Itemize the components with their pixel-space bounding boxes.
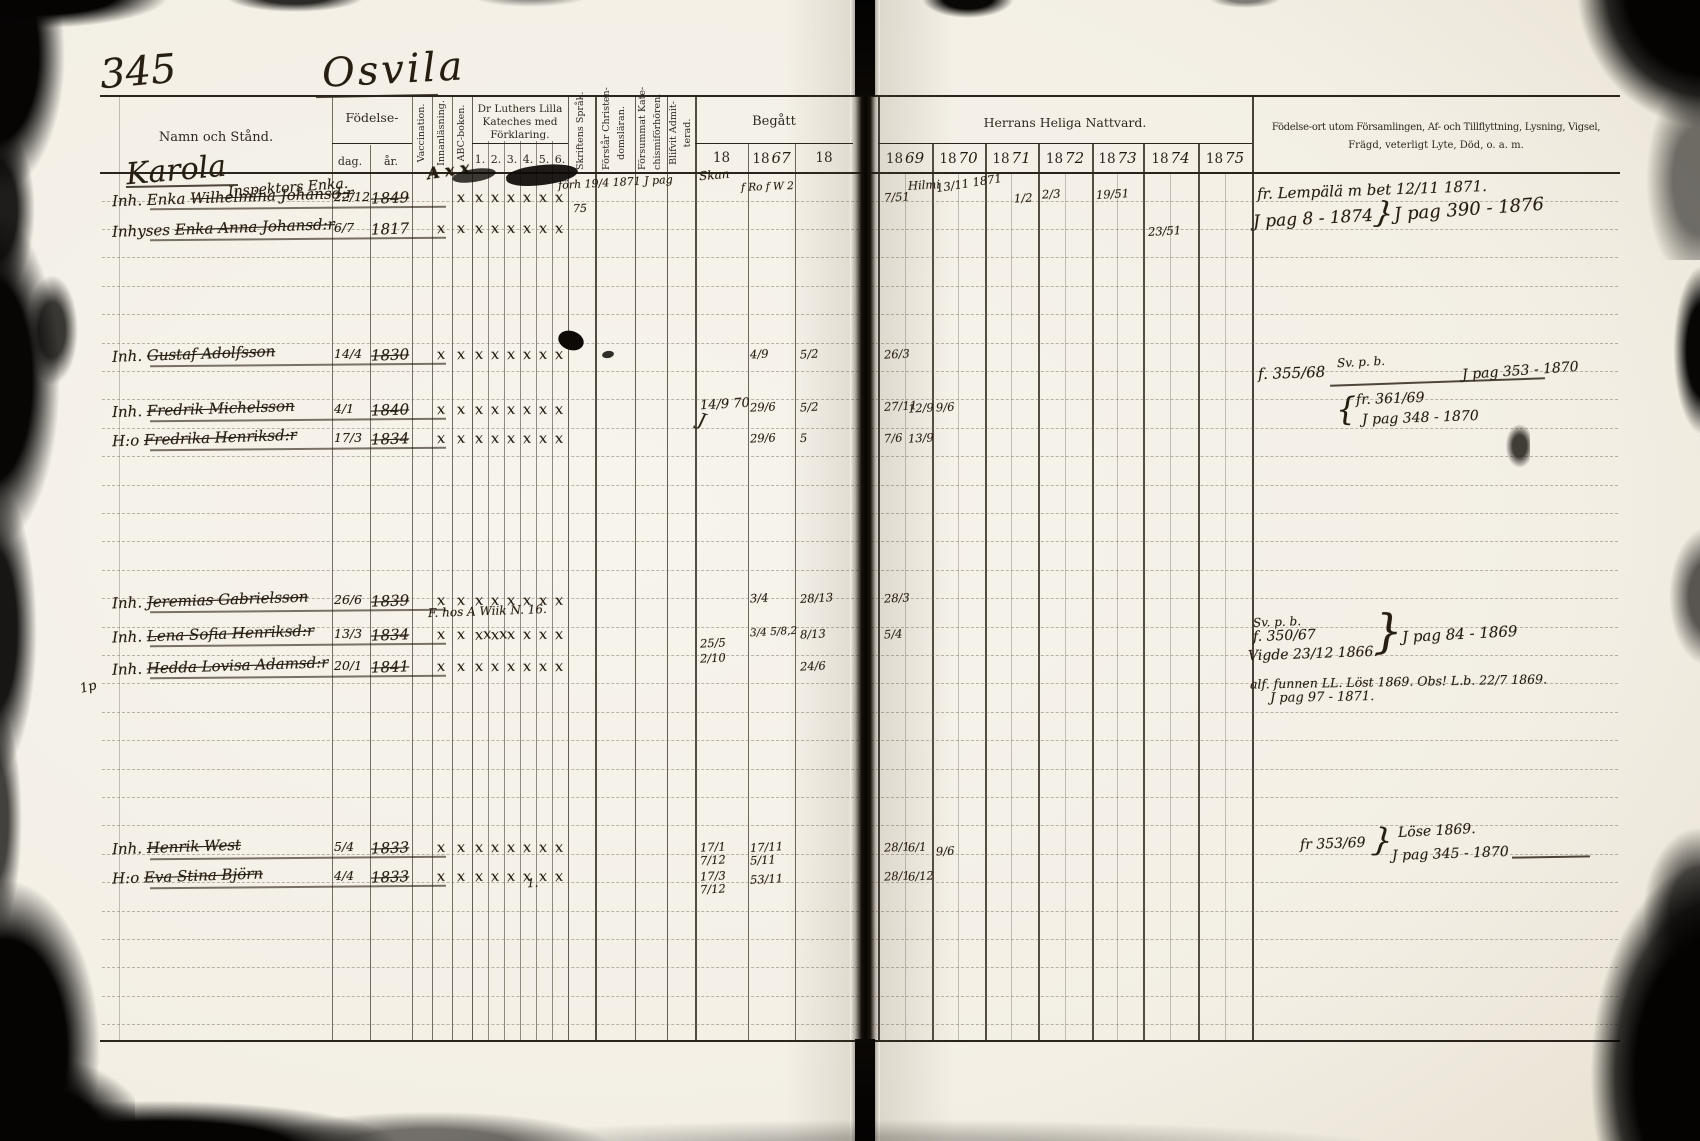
birth-day: 4/1	[334, 403, 354, 416]
record-row-name: Inh. Henrik West	[112, 838, 241, 857]
check-mark: x	[554, 222, 564, 237]
row-underline	[150, 856, 446, 860]
margin-note: f. 355/68	[1258, 365, 1326, 382]
check-mark: x	[554, 660, 564, 675]
nattvard-year-cell: 1875	[1198, 146, 1252, 170]
col-header-namn-och-stand: Namn och Stånd.	[100, 130, 332, 145]
check-mark: x	[490, 432, 500, 447]
handwritten-annotation: förh 19/4 1871 J pag	[558, 174, 673, 191]
handwritten-annotation: F. hos A Wiik N. 16.	[428, 603, 547, 619]
birth-day: 20/1	[334, 660, 362, 673]
birth-day: 6/7	[334, 222, 354, 235]
col-header-dag: dag.	[330, 155, 370, 168]
check-mark: x	[522, 222, 532, 237]
year-suffix-handwritten: 73	[1118, 149, 1137, 167]
row-prefix: Inh.	[112, 627, 147, 646]
communion-date-mark: 23/51	[1148, 225, 1182, 238]
communion-date-mark: 2/10	[700, 652, 726, 665]
check-mark: x	[490, 870, 500, 885]
check-mark: x	[506, 432, 516, 447]
birth-day: 5/4	[334, 841, 354, 854]
kateches-number: 4.	[520, 153, 536, 166]
row-underline	[150, 418, 446, 422]
check-mark: x	[538, 191, 548, 206]
birth-day: 4/4	[334, 870, 354, 883]
margin-note: }	[1370, 823, 1394, 857]
column-line	[472, 95, 473, 1040]
column-line	[1143, 143, 1145, 1040]
margin-note: J pag 345 - 1870	[1392, 845, 1509, 863]
check-mark: x	[474, 403, 484, 418]
birth-year: 1817	[371, 221, 410, 237]
record-row-name: Inh. Hedda Lovisa Adamsd:r	[112, 655, 329, 678]
column-line	[520, 141, 521, 1040]
column-line	[595, 95, 597, 1040]
birth-year: 1833	[371, 869, 410, 885]
kateches-number: 3.	[504, 153, 520, 166]
page-title: Osvila	[321, 46, 466, 93]
check-mark: x	[456, 432, 466, 447]
margin-note: J pag 97 - 1871.	[1270, 690, 1375, 705]
check-mark: x	[436, 403, 446, 418]
row-prefix: H:o	[112, 431, 145, 450]
column-line	[1198, 143, 1200, 1040]
check-mark: x	[538, 222, 548, 237]
check-mark: x	[436, 660, 446, 675]
birth-day: 26/6	[334, 594, 362, 607]
birth-year: 1839	[371, 593, 410, 609]
row-prefix: Inh.	[112, 593, 147, 612]
column-line	[635, 95, 636, 1040]
row-prefix: Inh.	[112, 660, 147, 679]
birth-day: 22/12	[334, 191, 370, 204]
birth-year: 1849	[371, 190, 410, 206]
check-mark: x	[436, 628, 446, 643]
check-mark: x	[554, 432, 564, 447]
col-header-kateches: Dr Luthers Lilla Kateches med Förklaring…	[472, 103, 568, 142]
check-mark: x	[538, 348, 548, 363]
year-suffix-handwritten: 71	[1012, 149, 1031, 167]
check-mark: x	[456, 660, 466, 675]
ink-blot	[601, 350, 614, 359]
col-header-vaccination: Vaccination.	[416, 96, 428, 170]
col-header-innanlasning: Innanläsning.	[436, 96, 448, 170]
row-person-name: Lena Sofia Henriksd:r	[147, 621, 315, 645]
check-mark: x	[522, 628, 532, 643]
birth-year: 1833	[371, 840, 410, 856]
check-mark: x	[522, 191, 532, 206]
check-mark: x	[538, 841, 548, 856]
margin-note: J pag 8 - 1874	[1253, 208, 1374, 231]
year-suffix-handwritten: 72	[1065, 149, 1084, 167]
year-prefix-printed: 18	[1098, 151, 1115, 167]
check-mark: x	[554, 403, 564, 418]
communion-date-mark: 4/9	[750, 349, 769, 361]
communion-date-mark: 29/6	[750, 432, 776, 445]
check-mark: x	[538, 870, 548, 885]
check-mark: x	[456, 628, 466, 643]
communion-date-mark: 7/12	[700, 854, 726, 867]
check-mark: x	[474, 348, 484, 363]
col-header-blifvit-line1: Blifvit Admit-	[668, 96, 680, 170]
nattvard-year-cell: 1874	[1143, 146, 1198, 170]
check-mark: x	[506, 628, 516, 643]
margin-note: alf. funnen LL. Löst 1869. Obs! L.b. 22/…	[1250, 673, 1547, 691]
record-row-name: Inh. Gustaf Adolfsson	[112, 344, 276, 365]
col-header-blifvit-line2: terad.	[682, 96, 694, 170]
check-mark: x	[522, 348, 532, 363]
kateches-number: 2.	[488, 153, 504, 166]
column-line	[667, 95, 668, 1040]
margin-note: J pag 353 - 1870	[1462, 360, 1579, 382]
check-mark: x	[490, 348, 500, 363]
record-row-name: Inh. Fredrik Michelsson	[112, 399, 295, 420]
check-mark: x	[436, 841, 446, 856]
check-mark: x	[538, 628, 548, 643]
check-mark: x	[474, 841, 484, 856]
margin-note: fr. 361/69	[1356, 391, 1425, 407]
check-mark: x	[522, 841, 532, 856]
year-suffix-handwritten: 75	[1225, 149, 1244, 167]
year-prefix-printed: 18	[1151, 151, 1168, 167]
check-mark: x	[456, 403, 466, 418]
margin-note: {	[1335, 393, 1356, 426]
gutter-shadow-left	[786, 0, 850, 1141]
row-person-name: Jeremias Gabrielsson	[147, 588, 309, 612]
check-mark: x	[506, 222, 516, 237]
row-person-name: Gustaf Adolfsson	[146, 342, 275, 364]
check-mark: x	[506, 870, 516, 885]
check-mark: x	[474, 191, 484, 206]
col-header-skriftens-sprak: Skriftens Språk.	[575, 96, 587, 170]
row-prefix: Inh.	[112, 402, 147, 421]
record-row-name: H:o Eva Stina Björn	[112, 866, 264, 886]
column-line	[488, 141, 489, 1040]
birth-day: 13/3	[334, 628, 362, 641]
handwritten-annotation: 1.	[527, 877, 539, 889]
communion-date-mark: 25/5	[700, 637, 726, 650]
year-prefix-printed: 18	[1046, 151, 1063, 167]
check-mark: x	[456, 841, 466, 856]
check-mark: x	[456, 870, 466, 885]
check-mark: x	[538, 432, 548, 447]
communion-date-mark: 5/11	[750, 854, 776, 867]
year-prefix-printed: 18	[1206, 151, 1223, 167]
year-prefix-printed: 18	[992, 151, 1009, 167]
check-mark: x	[506, 403, 516, 418]
check-mark: x	[554, 348, 564, 363]
check-mark: x	[538, 403, 548, 418]
scanned-book-page: 345 Osvila Namn och Stånd. Födelse- dag.…	[0, 0, 1700, 1141]
handwritten-annotation: 75	[573, 203, 587, 214]
col-header-forstar-line1: Förstår Christen-	[601, 96, 613, 170]
birth-year: 1834	[371, 627, 410, 643]
book-spine	[850, 0, 880, 1141]
header-divider-line	[472, 143, 568, 144]
row-person-name: Hedda Lovisa Adamsd:r	[147, 653, 329, 677]
col-header-forstar-line2: domsläran.	[616, 96, 628, 170]
check-mark: x	[456, 222, 466, 237]
check-mark: x	[522, 403, 532, 418]
column-line	[1038, 143, 1040, 1040]
handwritten-annotation: Skan	[699, 168, 730, 183]
check-mark: x	[506, 660, 516, 675]
check-mark: x	[522, 432, 532, 447]
margin-note: Vigde 23/12 1866.	[1248, 645, 1378, 664]
record-row-name: H:o Fredrika Henriksd:r	[112, 428, 297, 449]
communion-date-mark: 2/3	[1042, 189, 1061, 201]
birth-day: 17/3	[334, 432, 362, 445]
margin-note: Löse 1869.	[1398, 822, 1476, 840]
row-person-name: Eva Stina Björn	[144, 864, 264, 886]
record-row-name: Inhyses Enka Anna Johansd:r	[112, 217, 335, 240]
margin-note: Sv. p. b.	[1337, 355, 1386, 369]
check-mark: x	[554, 841, 564, 856]
row-person-name: Fredrik Michelsson	[146, 397, 294, 420]
column-line	[695, 95, 697, 1040]
communion-date-mark: 29/6	[750, 401, 776, 414]
birth-day: 14/4	[334, 348, 362, 361]
column-line	[504, 141, 505, 1040]
margin-note: }	[1372, 198, 1395, 230]
check-mark: x	[506, 191, 516, 206]
communion-date-mark: 1/2	[1014, 193, 1033, 205]
check-mark: x	[436, 432, 446, 447]
birth-year: 1840	[371, 402, 410, 418]
communion-date-mark: 19/51	[1096, 188, 1130, 201]
check-mark: x	[490, 841, 500, 856]
handwritten-annotation: 1p	[79, 679, 98, 696]
kateches-number: 1.	[472, 153, 488, 166]
check-mark: x	[490, 222, 500, 237]
check-mark: x	[490, 191, 500, 206]
stain-right	[1504, 424, 1530, 468]
margin-note-line	[1512, 855, 1590, 858]
torn-edge-right-upper	[1666, 255, 1700, 445]
page-number: 345	[98, 49, 178, 96]
column-line	[1252, 95, 1254, 1040]
record-row-name: Inh. Jeremias Gabrielsson	[112, 590, 309, 612]
row-prefix: Inh.	[112, 839, 147, 858]
check-mark: x	[474, 870, 484, 885]
margin-note: J pag 84 - 1869	[1402, 624, 1518, 645]
check-mark: x	[522, 660, 532, 675]
check-mark: x	[506, 348, 516, 363]
check-mark: x	[554, 191, 564, 206]
birth-year: 1830	[371, 347, 410, 363]
column-line	[552, 141, 553, 1040]
col-header-notes-line1: Födelse-ort utom Församlingen, Af- och T…	[1256, 122, 1616, 133]
check-mark: x	[554, 628, 564, 643]
margin-note: J pag 348 - 1870	[1362, 409, 1479, 427]
year-prefix-printed: 18	[752, 151, 769, 167]
col-header-forsummat-line2: chismiförhören.	[652, 96, 664, 170]
column-line	[452, 95, 453, 1040]
birth-year: 1841	[371, 659, 410, 675]
row-prefix: H:o	[112, 869, 145, 888]
check-mark: x	[474, 432, 484, 447]
margin-note: f. 350/67	[1253, 628, 1316, 644]
row-prefix: Inh.	[112, 347, 147, 366]
check-mark: x	[436, 348, 446, 363]
column-line	[536, 141, 537, 1040]
check-mark: x	[456, 191, 466, 206]
communion-date-mark: 7/12	[700, 883, 726, 896]
col-header-notes-line2: Frägd, veterligt Lyte, Död, o. a. m.	[1256, 140, 1616, 151]
year-suffix-handwritten: 74	[1171, 149, 1190, 167]
column-line	[985, 143, 987, 1040]
year-prefix-printed: 18	[713, 150, 730, 166]
row-prefix: Inhyses	[112, 221, 175, 241]
check-mark: x	[490, 660, 500, 675]
gutter-shadow-right	[880, 0, 954, 1141]
header-divider-line	[332, 143, 412, 144]
row-person-name: Enka Anna Johansd:r	[174, 215, 335, 239]
margin-note: }	[1372, 608, 1403, 655]
col-header-forsummat-line1: Försummat Kate-	[637, 96, 649, 170]
torn-edge-bottom-right	[1535, 815, 1700, 1141]
margin-note: fr. Lempälä m bet 12/11 1871.	[1257, 179, 1487, 202]
birth-year: 1834	[371, 431, 410, 447]
torn-edge-right-mid	[1640, 520, 1700, 690]
check-mark: x	[554, 870, 564, 885]
check-mark: x	[474, 222, 484, 237]
check-mark: x	[490, 403, 500, 418]
column-line	[568, 95, 569, 1040]
row-underline	[150, 363, 446, 367]
nattvard-year-cell: 1873	[1092, 146, 1143, 170]
communion-date-mark: 53/11	[750, 873, 784, 886]
check-mark: x	[456, 348, 466, 363]
check-mark: x	[474, 660, 484, 675]
communion-date-mark: 14/9 70	[700, 397, 750, 413]
row-person-name: Fredrika Henriksd:r	[144, 426, 298, 449]
col-header-ar: år.	[370, 155, 412, 168]
nattvard-year-cell: 1871	[985, 146, 1038, 170]
check-mark: x	[436, 870, 446, 885]
row-person-name: Henrik West	[146, 836, 241, 857]
nattvard-year-cell: 1872	[1038, 146, 1092, 170]
record-row-name: Inh. Lena Sofia Henriksd:r	[112, 623, 315, 645]
check-mark: x	[554, 594, 564, 609]
column-line	[1092, 143, 1094, 1040]
check-mark: x	[436, 222, 446, 237]
check-mark: x	[506, 841, 516, 856]
year-suffix-handwritten: 70	[959, 149, 978, 167]
row-underline	[150, 885, 446, 889]
margin-note: fr 353/69	[1300, 836, 1366, 852]
communion-date-mark: 3/4	[750, 593, 769, 605]
check-mark: x	[538, 660, 548, 675]
col-header-fodelse: Födelse-	[332, 110, 412, 125]
